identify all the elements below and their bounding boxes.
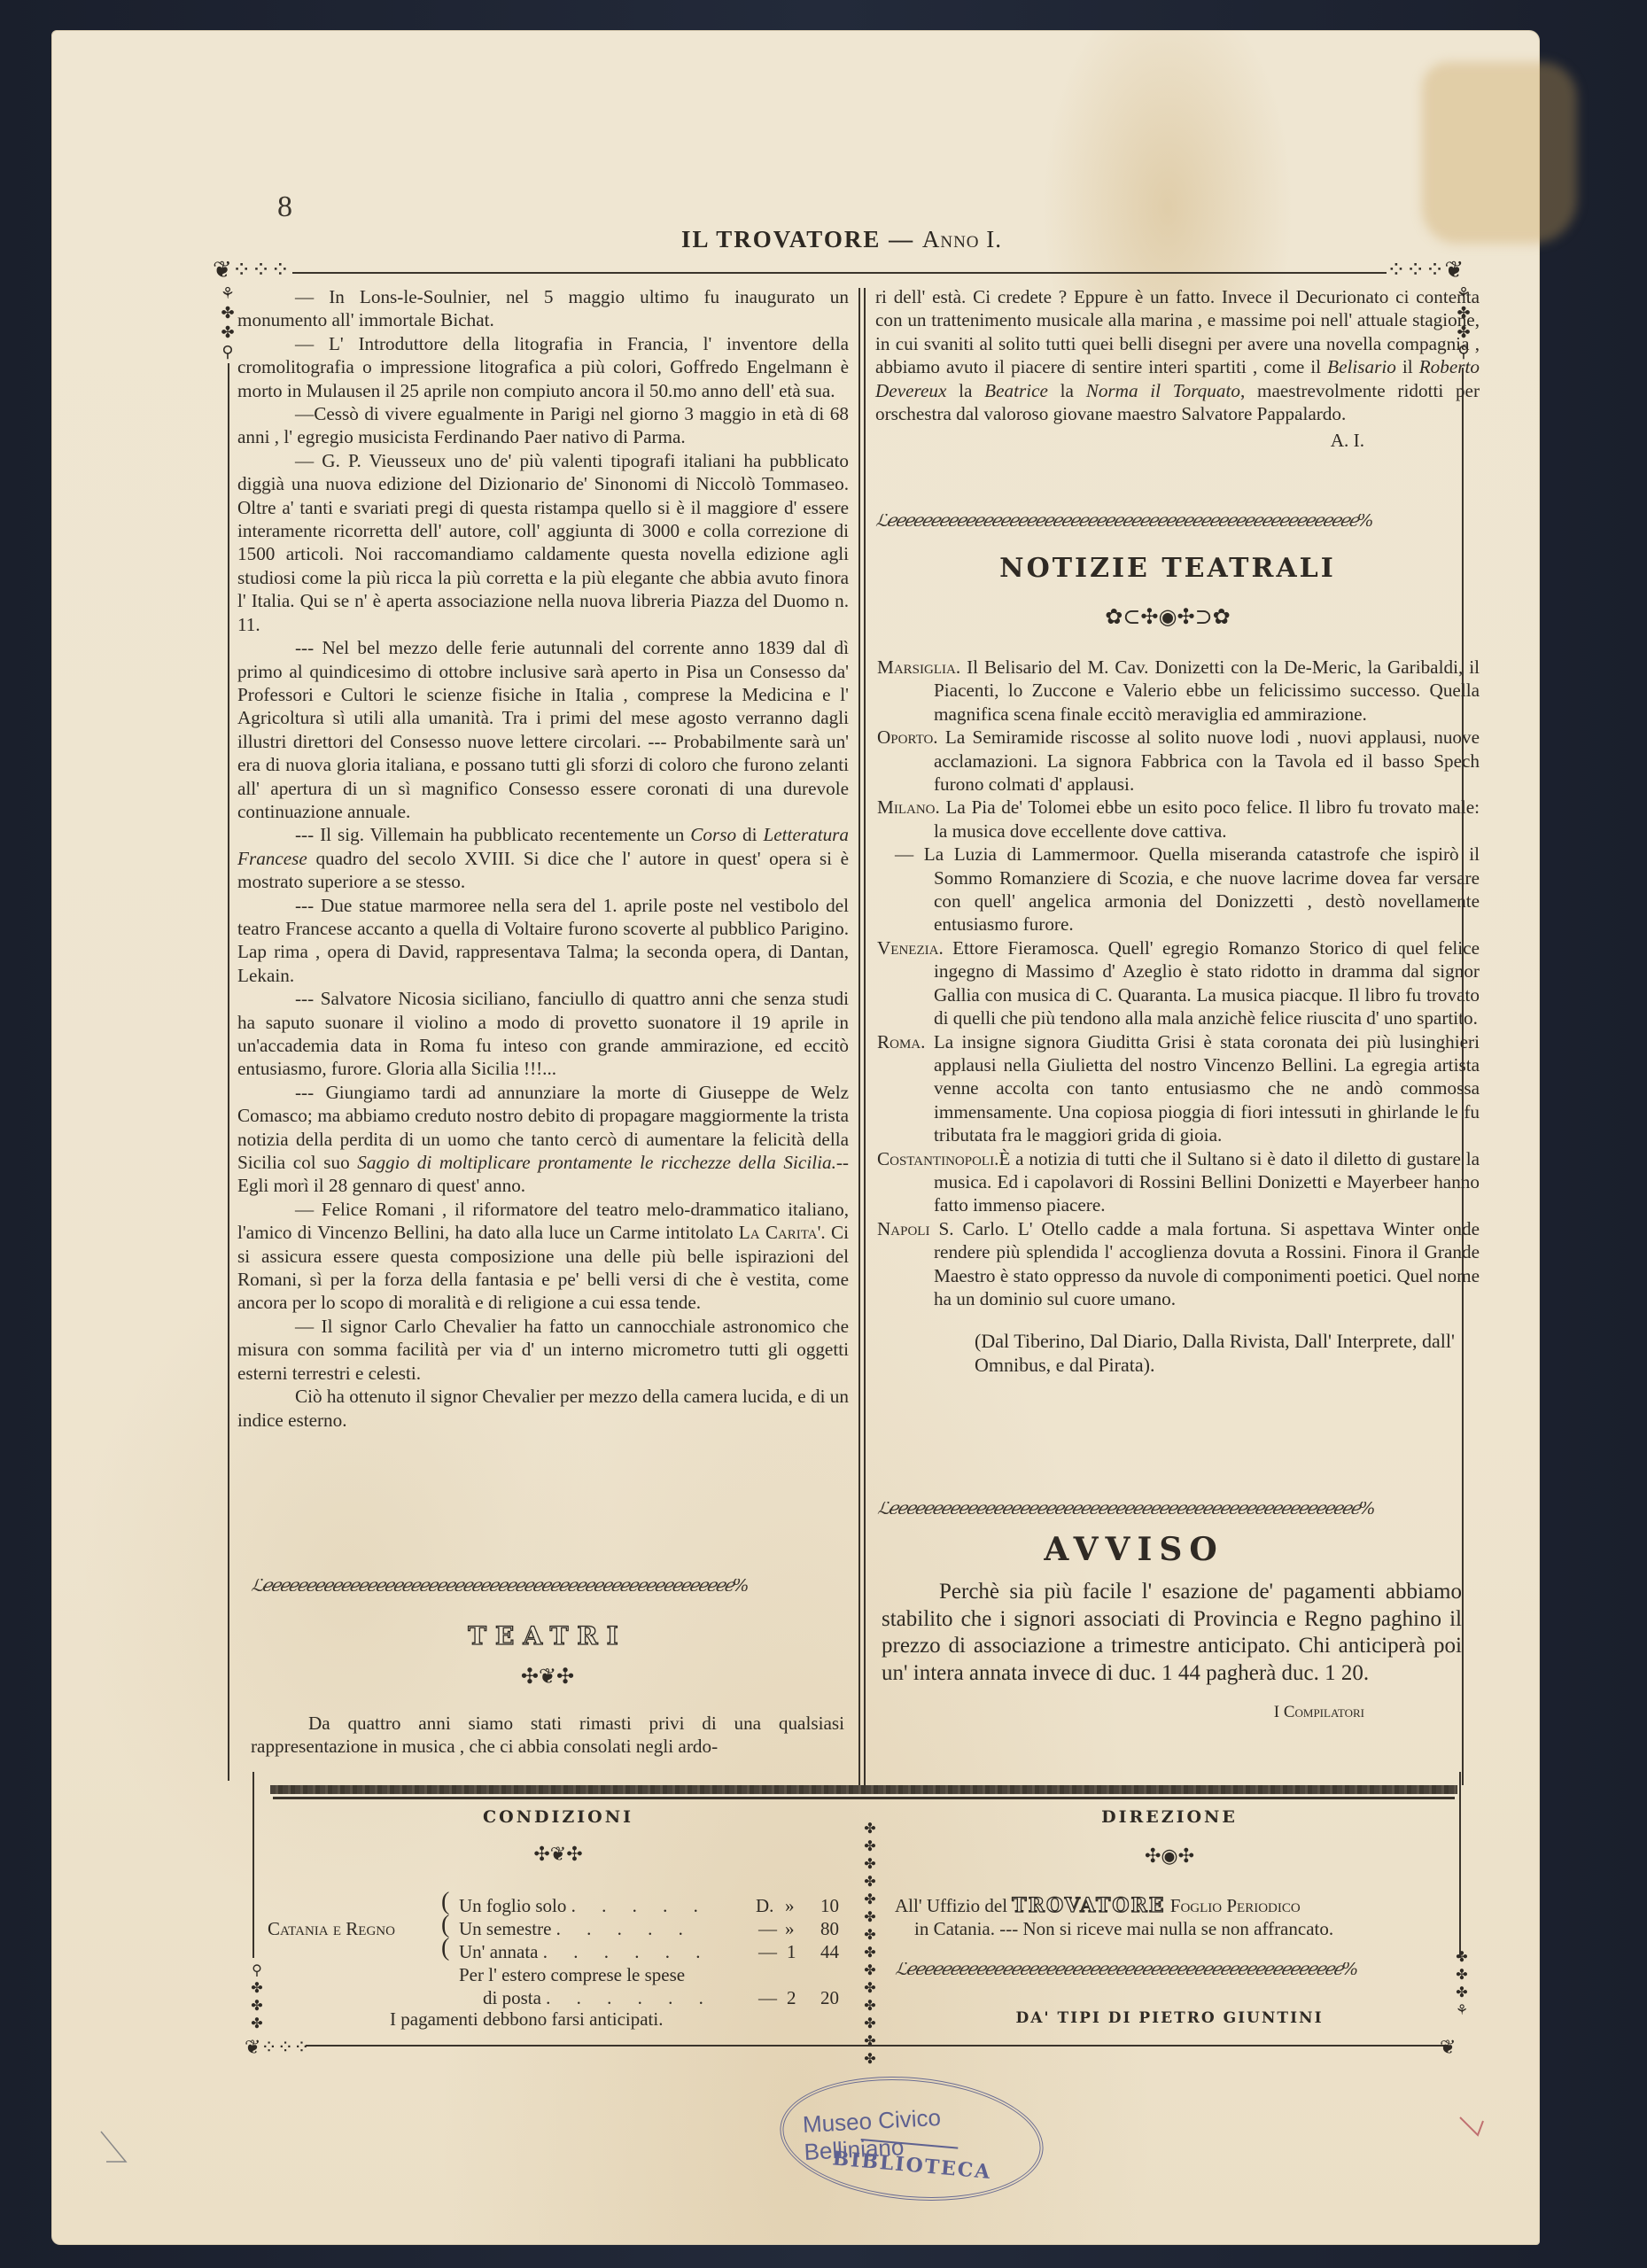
corner-ornament-icon: ❦⁘⁘⁘	[245, 2038, 310, 2057]
corner-ornament-icon: ⁘⁘⁘❦	[1387, 259, 1464, 282]
masthead-issue: Anno I.	[922, 226, 1002, 252]
vertical-ornament-icon: ⚲✤✤✤	[248, 1962, 266, 2033]
news-paragraph: — G. P. Vieusseux uno de' più valenti ti…	[237, 449, 849, 636]
news-paragraph-romani: — Felice Romani , il riformatore del tea…	[237, 1198, 849, 1315]
corner-ornament-icon: ❦⁘⁘⁘	[213, 259, 290, 282]
masthead-title: IL TROVATORE	[681, 226, 881, 252]
payment-note: I pagamenti debbono farsi anticipati.	[390, 2008, 663, 2031]
notizia-lucia: — La Luzia di Lammermoor. Quella miseran…	[877, 843, 1480, 936]
page-number: 8	[277, 190, 292, 224]
news-paragraph-villemain: --- Il sig. Villemain ha pubblicato rece…	[237, 823, 849, 893]
paper-stain	[1422, 62, 1577, 244]
avviso-text: Perchè sia più facile l' esazione de' pa…	[882, 1579, 1462, 1727]
vertical-ornament-icon: ⚘✤✤⚲	[219, 283, 237, 361]
notizie-sources: (Dal Tiberino, Dal Diario, Dalla Rivista…	[877, 1330, 1480, 1377]
news-paragraph: --- Due statue marmoree nella sera del 1…	[237, 894, 849, 988]
avviso-heading: AVVISO	[877, 1531, 1391, 1568]
notizia-napoli: Napoli S. Carlo. L' Otello cadde a mala …	[877, 1217, 1480, 1311]
notizia-marsiglia: Marsiglia. Il Belisario del M. Cav. Doni…	[877, 656, 1480, 726]
brace-icon: (((	[441, 1891, 449, 1960]
left-column: — In Lons-le-Soulnier, nel 5 maggio ulti…	[237, 285, 849, 1432]
teatri-text: Da quattro anni siamo stati rimasti priv…	[251, 1712, 844, 1759]
condizioni-region: Catania e Regno	[268, 1917, 395, 1940]
notizie-list: Marsiglia. Il Belisario del M. Cav. Doni…	[877, 656, 1480, 1377]
news-paragraph: — Il signor Carlo Chevalier ha fatto un …	[237, 1315, 849, 1385]
right-column-continuation: ri dell' està. Ci credete ? Eppure è un …	[875, 285, 1480, 453]
vertical-ornament-icon: ✤✤✤✤✤✤✤✤✤✤✤✤✤✤	[861, 1821, 879, 2069]
news-paragraph: — In Lons-le-Soulnier, nel 5 maggio ulti…	[237, 285, 849, 332]
section-divider: ℒℯℯℯℯℯℯℯℯℯℯℯℯℯℯℯℯℯℯℯℯℯℯℯℯℯℯℯℯℯℯℯℯℯℯℯℯℯℯℯ…	[251, 1579, 844, 1591]
price-row: Un semestre . . . . . — » 80	[459, 1917, 840, 1940]
news-paragraph: — L' Introduttore della litografia in Fr…	[237, 332, 849, 402]
section-divider: ℒℯℯℯℯℯℯℯℯℯℯℯℯℯℯℯℯℯℯℯℯℯℯℯℯℯℯℯℯℯℯℯℯℯℯℯℯℯℯℯ…	[875, 514, 1460, 526]
column-divider	[858, 288, 860, 1794]
price-row: Un' annata . . . . . . — 1 44	[459, 1940, 840, 1963]
section-divider: ℒℯℯℯℯℯℯℯℯℯℯℯℯℯℯℯℯℯℯℯℯℯℯℯℯℯℯℯℯℯℯℯℯℯℯℯℯℯℯℯ…	[895, 1962, 1453, 1975]
masthead-separator: —	[889, 226, 914, 252]
news-paragraph: —Cessò di vivere egualmente in Parigi ne…	[237, 402, 849, 449]
news-paragraph: --- Salvatore Nicosia siciliano, fanciul…	[237, 987, 849, 1081]
signature: A. I.	[875, 429, 1480, 452]
notizie-heading: NOTIZIE TEATRALI	[875, 553, 1460, 584]
corner-ornament-icon: ❦	[1440, 2038, 1456, 2057]
section-divider: ℒℯℯℯℯℯℯℯℯℯℯℯℯℯℯℯℯℯℯℯℯℯℯℯℯℯℯℯℯℯℯℯℯℯℯℯℯℯℯℯ…	[877, 1502, 1462, 1514]
price-row: Un foglio solo . . . . . D. » 10	[459, 1894, 840, 1917]
avviso-signature: I Compilatori	[882, 1699, 1462, 1727]
notizia-venezia: Venezia. Ettore Fieramosca. Quell' egreg…	[877, 936, 1480, 1030]
left-frame-rule	[228, 363, 229, 1781]
news-paragraph: --- Nel bel mezzo delle ferie autunnali …	[237, 636, 849, 823]
footer-double-rule	[270, 1785, 1457, 1797]
news-paragraph-welz: --- Giungiamo tardi ad annunziare la mor…	[237, 1081, 849, 1198]
bottom-rule	[306, 2045, 1449, 2047]
trovatore-logo: TROVATORE	[1012, 1894, 1165, 1917]
teatri-heading: TEATRI	[251, 1621, 844, 1651]
pencil-mark-icon	[1453, 2109, 1488, 2144]
column-divider	[864, 288, 866, 1794]
direzione-line2: in Catania. --- Non si riceve mai nulla …	[914, 1917, 1333, 1940]
pencil-mark-icon	[96, 2126, 131, 2171]
notizia-roma: Roma. La insigne signora Giuditta Grisi …	[877, 1030, 1480, 1147]
notizia-costantinopoli: Costantinopoli.È a notizia di tutti che …	[877, 1147, 1480, 1217]
price-row-estero: di posta . . . . . . — 2 20	[483, 1986, 840, 2009]
flourish-ornament-icon: ✿⊂✣◉✣⊃✿	[875, 604, 1460, 630]
flourish-ornament-icon: ✣❦✣	[251, 1664, 844, 1689]
flourish-ornament-icon: ✣◉✣	[877, 1845, 1462, 1868]
top-rule	[292, 272, 1387, 274]
notizia-milano: Milano. La Pia de' Tolomei ebbe un esito…	[877, 796, 1480, 843]
direzione-heading: DIREZIONE	[877, 1807, 1462, 1827]
direzione-line1: All' Uffizio del TROVATORE Foglio Period…	[895, 1894, 1301, 1917]
footer-left-rule	[252, 1772, 254, 1958]
news-paragraph: Ciò ha ottenuto il signor Chevalier per …	[237, 1385, 849, 1432]
estero-label: Per l' estero comprese le spese	[459, 1963, 685, 1986]
notizia-oporto: Oporto. La Semiramide riscosse al solito…	[877, 726, 1480, 796]
condizioni-heading: CONDIZIONI	[266, 1807, 851, 1827]
flourish-ornament-icon: ✣❦✣	[266, 1843, 851, 1866]
masthead: IL TROVATORE — Anno I.	[620, 226, 1063, 253]
printer-credit: DA' TIPI DI PIETRO GIUNTINI	[877, 2009, 1462, 2027]
